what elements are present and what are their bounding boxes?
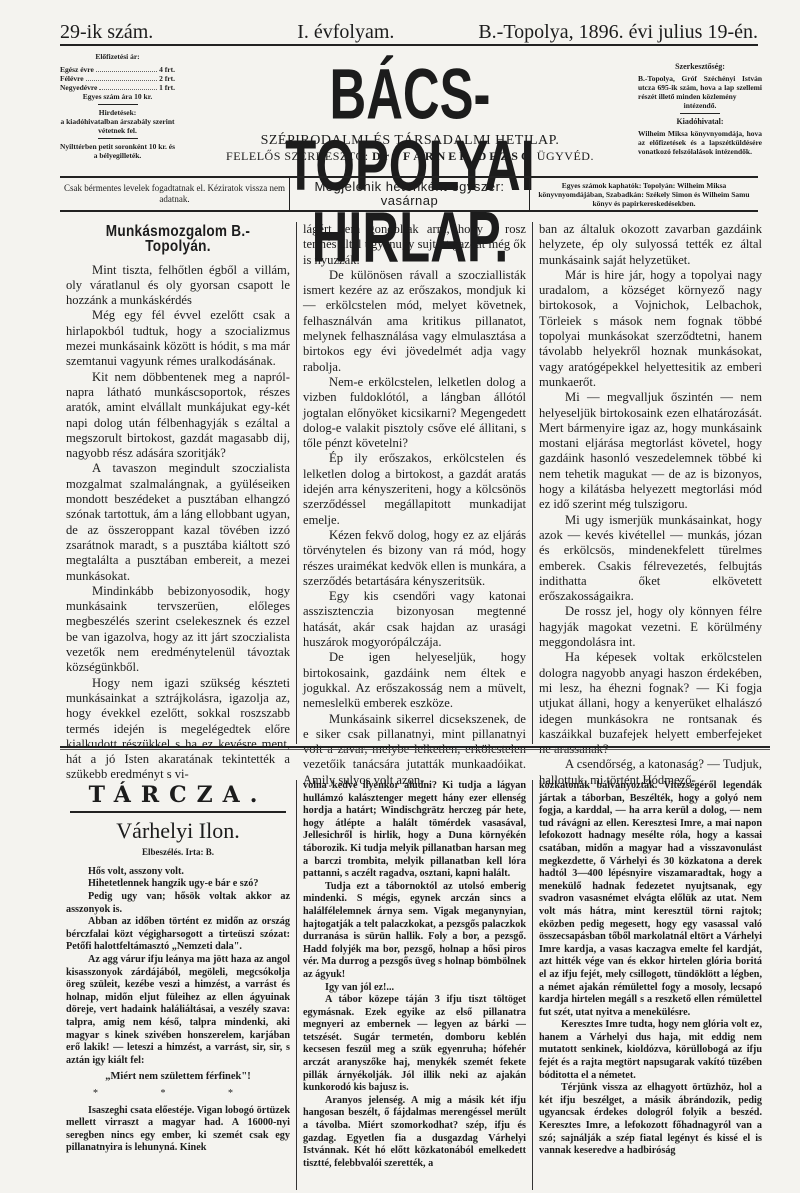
article-column-1: Munkásmozgalom B.-Topolyán. Mint tiszta,… xyxy=(60,222,296,744)
article-title: Munkásmozgalom B.-Topolyán. xyxy=(83,224,273,255)
single-price: Egyes szám ára 10 kr. xyxy=(60,92,175,101)
notice-band: Csak bérmentes levelek fogadtatnak el. K… xyxy=(60,176,758,212)
article-columns: Munkásmozgalom B.-Topolyán. Mint tiszta,… xyxy=(60,222,784,744)
divider xyxy=(70,811,286,813)
divider xyxy=(98,104,138,105)
place-date: B.-Topolya, 1896. évi julius 19-én. xyxy=(478,22,758,42)
feuilleton-column-1: TÁRCZA. Várhelyi Ilon. Elbeszélés. Irta:… xyxy=(60,780,296,1190)
price-row: Negyedévre1 frt. xyxy=(60,83,175,92)
newspaper-page: 29-ik szám. I. évfolyam. B.-Topolya, 189… xyxy=(60,0,784,1193)
quote: „Miért nem születtem férfinek"! xyxy=(66,1069,290,1084)
article-column-3: ban az általuk okozott zavarban gazdáink… xyxy=(532,222,768,744)
article-column-2: lágért sem gondoltak arra, hogy a rosz t… xyxy=(296,222,532,744)
volume: I. évfolyam. xyxy=(297,22,394,42)
ads-heading: Hirdetések: xyxy=(60,108,175,117)
story-title: Várhelyi Ilon. xyxy=(66,823,290,838)
price-row: Félévre2 frt. xyxy=(60,74,175,83)
subscription-heading: Előfizetési ár: xyxy=(60,52,175,61)
feuilleton-columns: TÁRCZA. Várhelyi Ilon. Elbeszélés. Irta:… xyxy=(60,780,784,1190)
divider xyxy=(680,113,720,114)
issue-line: 29-ik szám. I. évfolyam. B.-Topolya, 189… xyxy=(60,24,758,46)
section-divider xyxy=(60,746,770,750)
letters-notice: Csak bérmentes levelek fogadtatnak el. K… xyxy=(60,178,290,210)
feuilleton-column-2: volna kedve ilyenkor aludni? Ki tudja a … xyxy=(296,780,532,1190)
section-break: * * * xyxy=(66,1089,290,1099)
publisher-heading: Kiadóhivatal: xyxy=(638,117,762,126)
price-row: Egész évre4 frt. xyxy=(60,65,175,74)
byline: Elbeszélés. Irta: B. xyxy=(66,845,290,860)
subscription-box: Előfizetési ár: Egész évre4 frt. Félévre… xyxy=(60,52,175,160)
editorial-heading: Szerkesztőség: xyxy=(638,62,762,71)
divider xyxy=(98,138,138,139)
publication-schedule: Megjelenik hetenként egyszer:vasárnap xyxy=(290,178,530,210)
editor-line: FELELŐS SZERKESZTŐ: Dr. FÁRNEK DEZSŐ ÜGY… xyxy=(190,149,630,164)
section-title: TÁRCZA. xyxy=(66,788,290,803)
feuilleton-column-3: közkatonák bálványozták. Vitézségéről le… xyxy=(532,780,768,1190)
publisher-text: Wilheim Miksa könyvnyomdája, hova az elő… xyxy=(638,129,762,156)
issue-number: 29-ik szám. xyxy=(60,22,153,42)
nyiltter-text: Nyilttérben petit soronként 10 kr. és a … xyxy=(60,142,175,160)
ads-text: a kiadóhivatalban árszabály szerint véte… xyxy=(60,117,175,135)
editor-name: Dr. FÁRNEK DEZSŐ xyxy=(372,149,533,163)
editorial-office-box: Szerkesztőség: B.-Topolya, Gróf Széchény… xyxy=(638,62,762,156)
newspaper-subtitle: SZÉPIRODALMI ÉS TÁRSADALMI HETILAP. xyxy=(210,133,610,149)
masthead: Előfizetési ár: Egész évre4 frt. Félévre… xyxy=(60,48,758,173)
sales-notice: Egyes számok kaphatók: Topolyán: Wilheim… xyxy=(530,178,758,210)
editorial-text: B.-Topolya, Gróf Széchényi István utcza … xyxy=(638,74,762,101)
